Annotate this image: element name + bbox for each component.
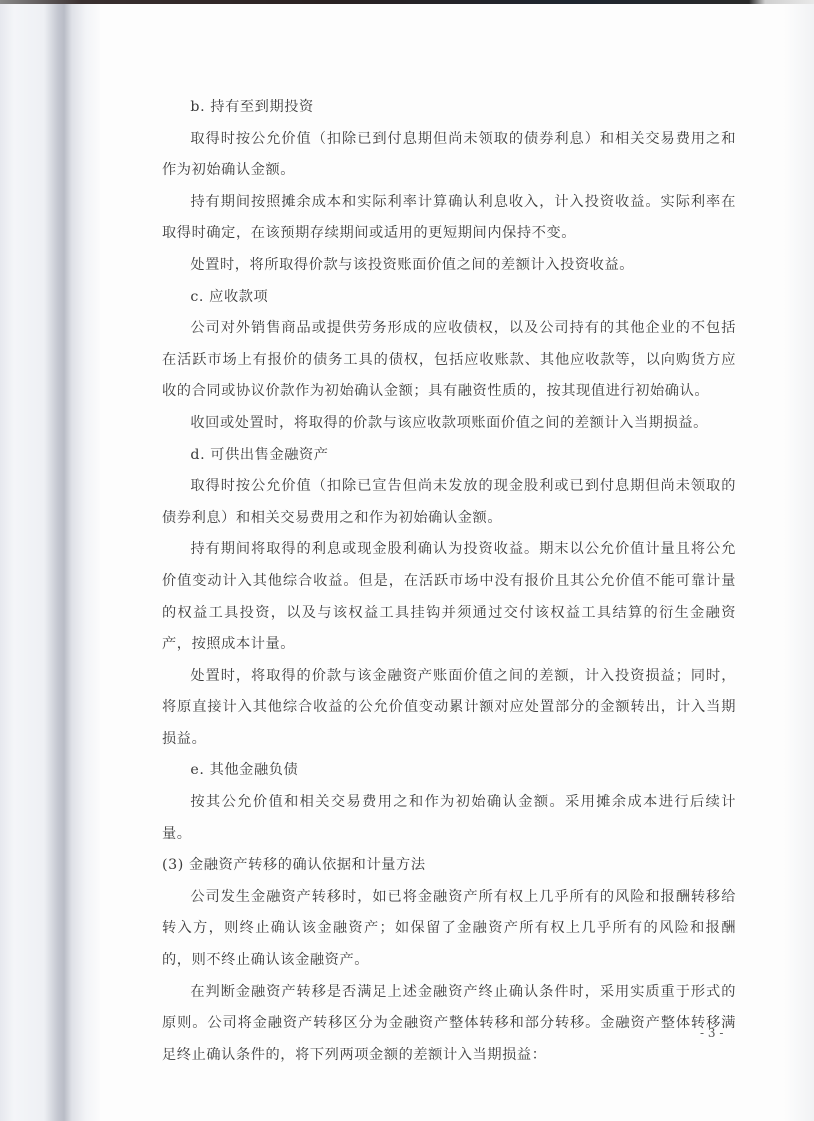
section-heading-transfer: (3) 金融资产转移的确认依据和计量方法 — [162, 850, 736, 882]
paragraph: 收回或处置时，将取得的价款与该应收款项账面价值之间的差额计入当期损益。 — [162, 408, 736, 440]
paragraph: 按其公允价值和相关交易费用之和作为初始确认金额。采用摊余成本进行后续计量。 — [162, 787, 736, 850]
heading-available-for-sale: d. 可供出售金融资产 — [162, 440, 736, 472]
paragraph: 处置时，将所取得价款与该投资账面价值之间的差额计入投资收益。 — [162, 250, 736, 282]
paragraph: 持有期间按照摊余成本和实际利率计算确认利息收入，计入投资收益。实际利率在取得时确… — [162, 187, 736, 250]
scan-binding-shadow — [0, 4, 100, 1121]
scan-right-edge — [784, 4, 814, 1121]
paragraph: 在判断金融资产转移是否满足上述金融资产终止确认条件时，采用实质重于形式的原则。公… — [162, 977, 736, 1072]
paragraph: 处置时，将取得的价款与该金融资产账面价值之间的差额，计入投资损益；同时，将原直接… — [162, 661, 736, 756]
scan-top-edge — [0, 0, 814, 4]
heading-receivables: c. 应收款项 — [162, 282, 736, 314]
paragraph: 持有期间将取得的利息或现金股利确认为投资收益。期末以公允价值计量且将公允价值变动… — [162, 534, 736, 660]
document-page: b. 持有至到期投资 取得时按公允价值（扣除已到付息期但尚未领取的债券利息）和相… — [162, 92, 736, 1071]
paragraph: 取得时按公允价值（扣除已到付息期但尚未领取的债券利息）和相关交易费用之和作为初始… — [162, 124, 736, 187]
paragraph: 取得时按公允价值（扣除已宣告但尚未发放的现金股利或已到付息期但尚未领取的债券利息… — [162, 471, 736, 534]
heading-other-liabilities: e. 其他金融负债 — [162, 755, 736, 787]
page-number: - 3 - — [700, 1026, 723, 1040]
paragraph: 公司发生金融资产转移时，如已将金融资产所有权上几乎所有的风险和报酬转移给转入方，… — [162, 882, 736, 977]
heading-held-to-maturity: b. 持有至到期投资 — [162, 92, 736, 124]
paragraph: 公司对外销售商品或提供劳务形成的应收债权，以及公司持有的其他企业的不包括在活跃市… — [162, 313, 736, 408]
